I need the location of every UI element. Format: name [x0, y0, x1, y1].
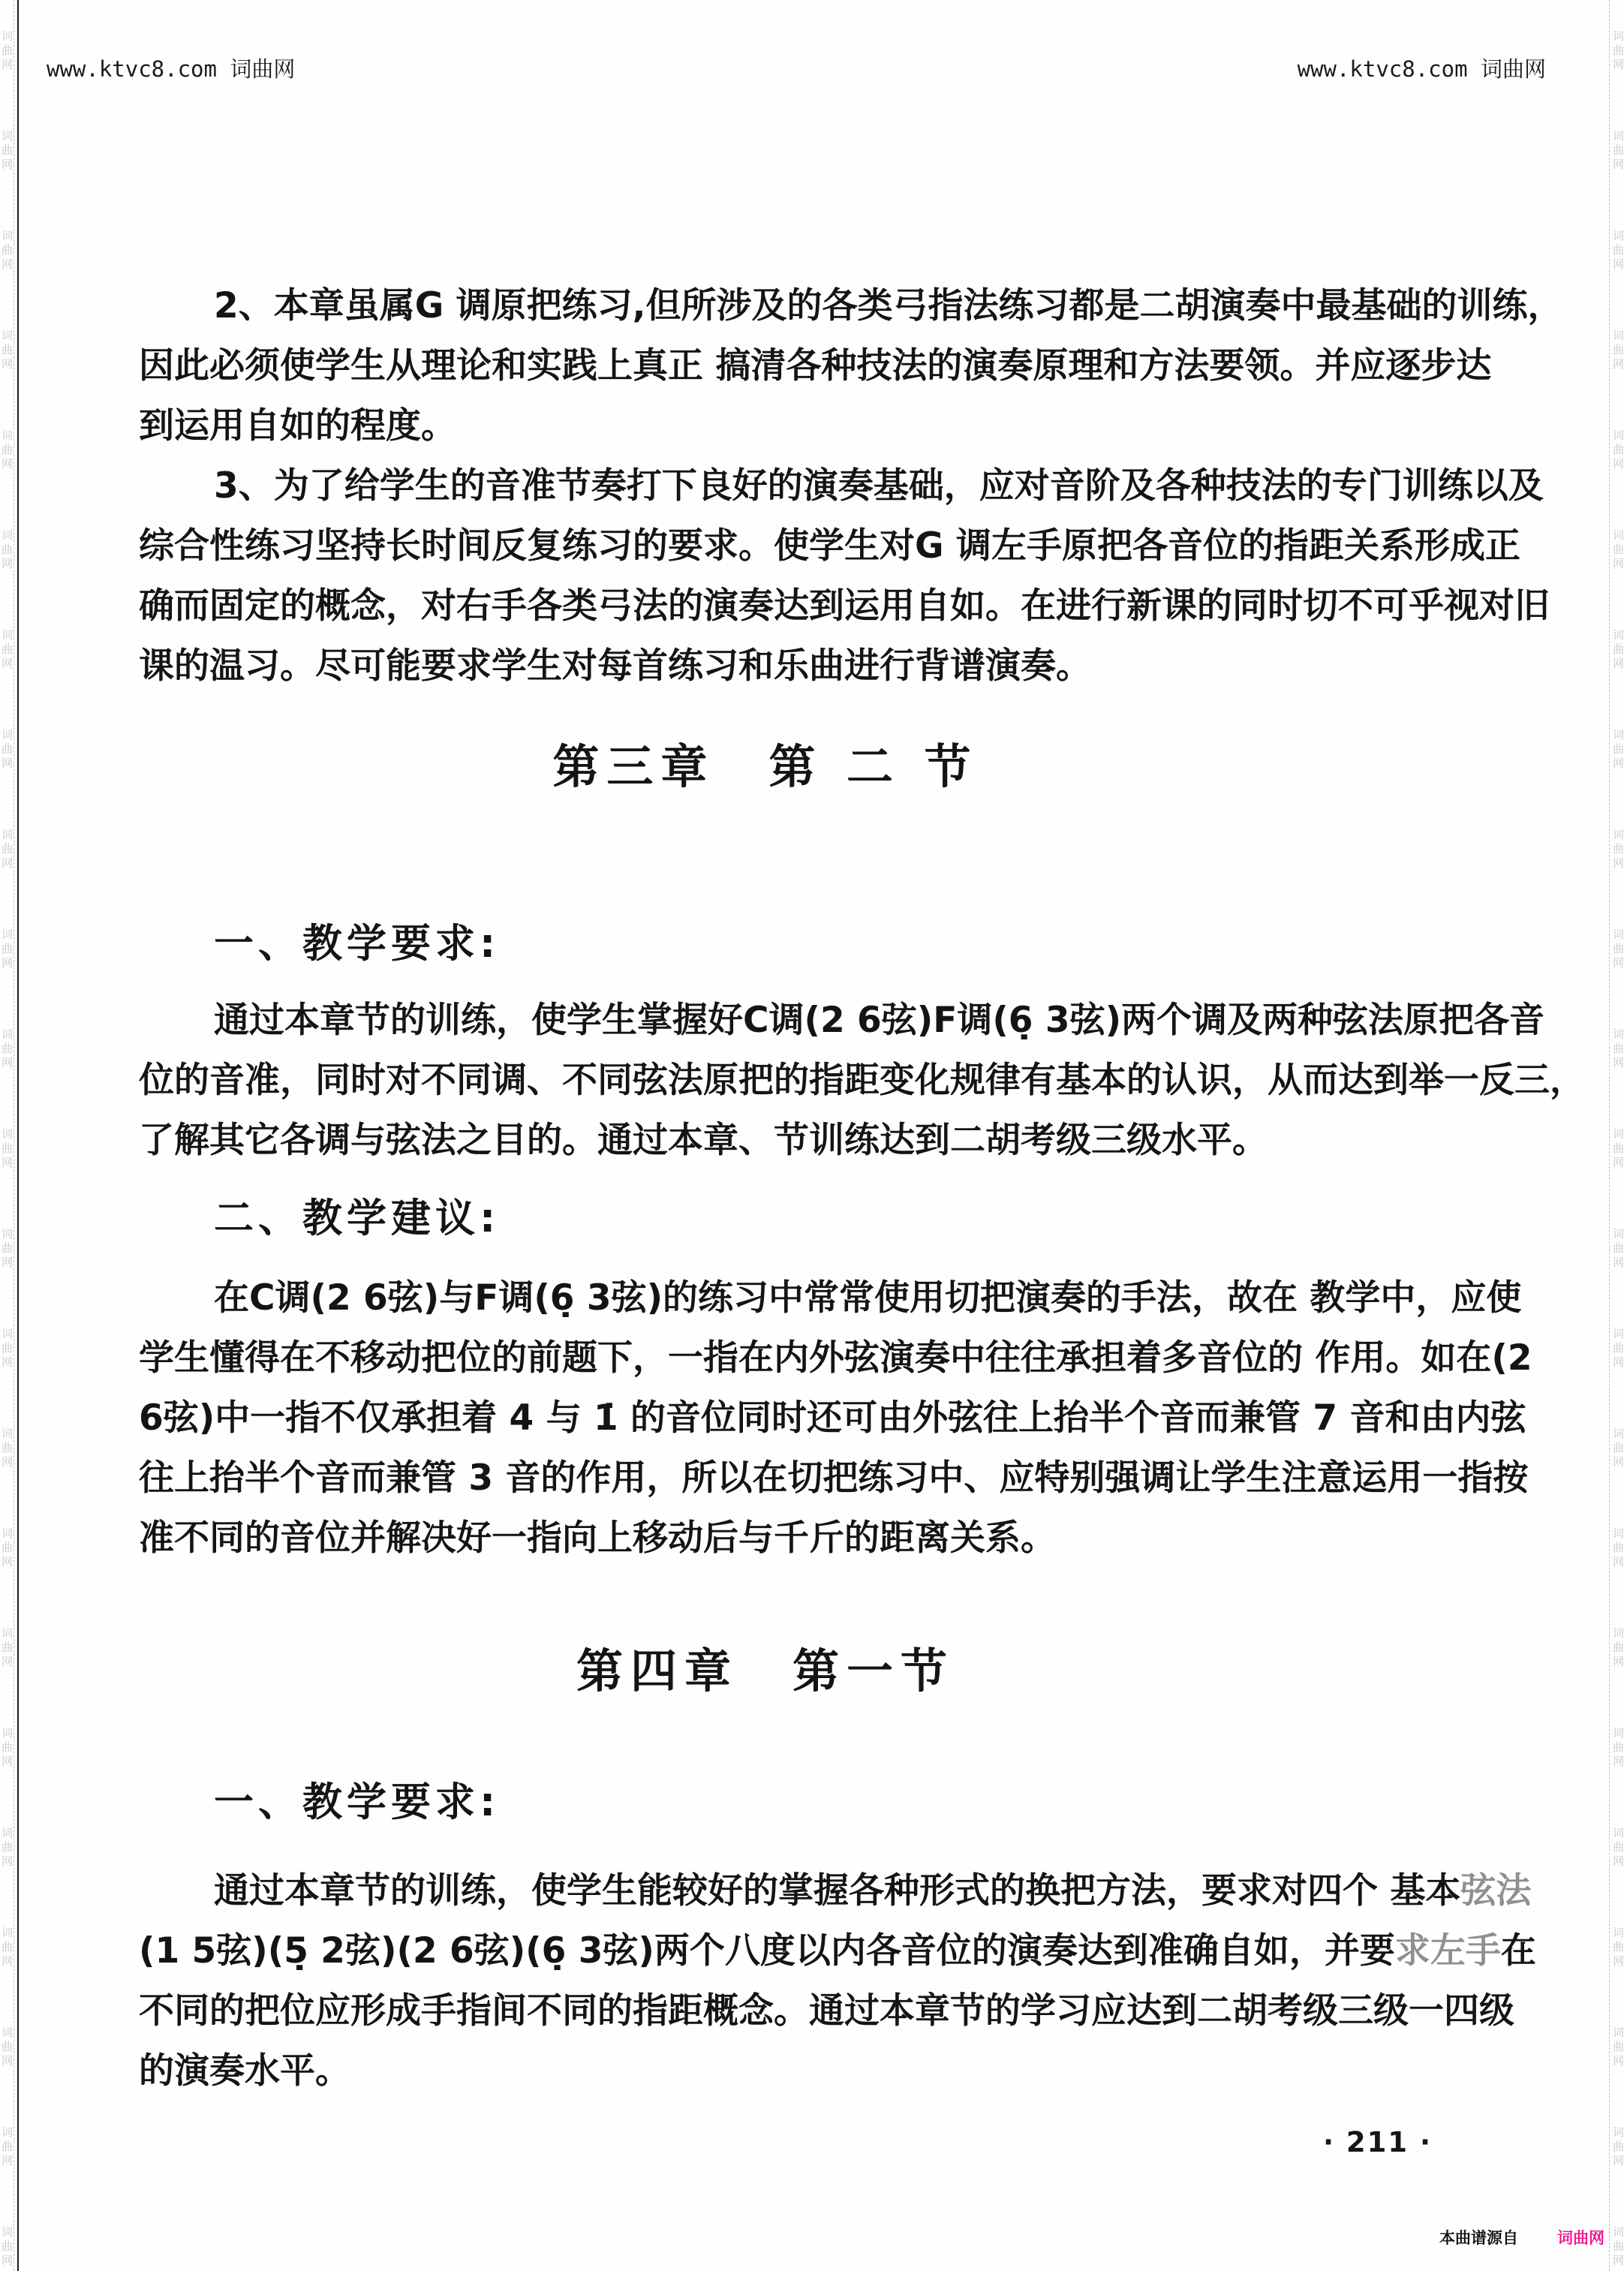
text-line: 的演奏水平。: [139, 2041, 1550, 2101]
text-segment: (1 5弦)(5̣ 2弦)(2 6弦)(6̣ 3弦)两个八度以内各音位的演奏达到…: [139, 1930, 1395, 1972]
text-line: 课的温习。尽可能要求学生对每首练习和乐曲进行背谱演奏。: [139, 636, 1550, 696]
text-line: 2、本章虽属G 调原把练习,但所涉及的各类弓指法练习都是二胡演奏中最基础的训练，: [139, 276, 1550, 336]
text-line: 准不同的音位并解决好一指向上移动后与千斤的距离关系。: [139, 1508, 1550, 1569]
footer-site-name: 词曲网: [1557, 2229, 1604, 2247]
top-left-watermark: www.ktvc8.com 词曲网: [47, 53, 295, 83]
document-body: 2、本章虽属G 调原把练习,但所涉及的各类弓指法练习都是二胡演奏中最基础的训练，…: [139, 276, 1550, 2101]
chapter-title-4-1: 第四章 第一节: [139, 1642, 1392, 1701]
left-dashed-line: [14, 0, 14, 2271]
text-line: 往上抬半个音而兼管 3 音的作用，所以在切把练习中、应特别强调让学生注意运用一指…: [139, 1448, 1550, 1508]
text-line: 因此必须使学生从理论和实践上真正 搞清各种技法的演奏原理和方法要领。并应逐步达: [139, 336, 1550, 396]
chapter-title-3-2: 第三章 第 二 节: [139, 738, 1392, 796]
scanned-document-page: 词曲网 词曲网 词曲网 词曲网 词曲网 词曲网 词曲网 词曲网 词曲网 词曲网 …: [0, 0, 1624, 2271]
text-line: 了解其它各调与弦法之目的。通过本章、节训练达到二胡考级三级水平。: [139, 1111, 1550, 1171]
text-segment: 在: [1501, 1930, 1536, 1972]
section-heading-teaching-suggestions: 二、教学建议:: [214, 1195, 1550, 1243]
text-line: 3、为了给学生的音准节奏打下良好的演奏基础，应对音阶及各种技法的专门训练以及: [139, 456, 1550, 516]
paragraph-3: 通过本章节的训练，使学生掌握好C调(2 6弦)F调(6̣ 3弦)两个调及两种弦法…: [139, 991, 1550, 1171]
text-line: (1 5弦)(5̣ 2弦)(2 6弦)(6̣ 3弦)两个八度以内各音位的演奏达到…: [139, 1921, 1550, 1981]
text-line: 综合性练习坚持长时间反复练习的要求。使学生对G 调左手原把各音位的指距关系形成正: [139, 516, 1550, 576]
paragraph-2: 3、为了给学生的音准节奏打下良好的演奏基础，应对音阶及各种技法的专门训练以及 综…: [139, 456, 1550, 696]
right-dashed-line: [1609, 0, 1610, 2271]
faded-text-segment: 弦法: [1460, 1870, 1531, 1912]
text-segment: 通过本章节的训练，使学生能较好的掌握各种形式的换把方法，要求对四个 基本: [214, 1870, 1460, 1912]
footer-source-prefix: 本曲谱源自: [1439, 2229, 1518, 2247]
text-line: 学生懂得在不移动把位的前题下，一指在内外弦演奏中往往承担着多音位的 作用。如在(…: [139, 1328, 1550, 1388]
text-line: 到运用自如的程度。: [139, 396, 1550, 456]
text-line: 6弦)中一指不仅承担着 4 与 1̇ 的音位同时还可由外弦往上抬半个音而兼管 7…: [139, 1388, 1550, 1448]
text-line: 在C调(2 6弦)与F调(6̣ 3弦)的练习中常常使用切把演奏的手法，故在 教学…: [139, 1268, 1550, 1328]
paragraph-5: 通过本章节的训练，使学生能较好的掌握各种形式的换把方法，要求对四个 基本弦法 (…: [139, 1861, 1550, 2101]
paragraph-4: 在C调(2 6弦)与F调(6̣ 3弦)的练习中常常使用切把演奏的手法，故在 教学…: [139, 1268, 1550, 1569]
side-watermark-left: 词曲网 词曲网 词曲网 词曲网 词曲网 词曲网 词曲网 词曲网 词曲网 词曲网 …: [1, 30, 12, 2266]
faded-text-segment: 求左手: [1395, 1930, 1501, 1972]
text-line: 不同的把位应形成手指间不同的指距概念。通过本章节的学习应达到二胡考级三级一四级: [139, 1981, 1550, 2041]
paragraph-1: 2、本章虽属G 调原把练习,但所涉及的各类弓指法练习都是二胡演奏中最基础的训练，…: [139, 276, 1550, 456]
page-number: · 211 ·: [1323, 2126, 1432, 2158]
text-line: 确而固定的概念，对右手各类弓法的演奏达到运用自如。在进行新课的同时切不可乎视对旧: [139, 576, 1550, 636]
footer-source: 本曲谱源自词曲网: [1439, 2226, 1604, 2248]
top-right-watermark: www.ktvc8.com 词曲网: [1298, 53, 1546, 83]
section-heading-teaching-requirements-2: 一、教学要求:: [214, 1779, 1550, 1827]
text-line: 位的音准，同时对不同调、不同弦法原把的指距变化规律有基本的认识，从而达到举一反三…: [139, 1051, 1550, 1111]
page-edge-line: [17, 0, 19, 2271]
text-line: 通过本章节的训练，使学生掌握好C调(2 6弦)F调(6̣ 3弦)两个调及两种弦法…: [139, 991, 1550, 1051]
section-heading-teaching-requirements: 一、教学要求:: [214, 920, 1550, 968]
side-watermark-right: 词曲网 词曲网 词曲网 词曲网 词曲网 词曲网 词曲网 词曲网 词曲网 词曲网 …: [1612, 30, 1623, 2266]
text-line: 通过本章节的训练，使学生能较好的掌握各种形式的换把方法，要求对四个 基本弦法: [139, 1861, 1550, 1921]
